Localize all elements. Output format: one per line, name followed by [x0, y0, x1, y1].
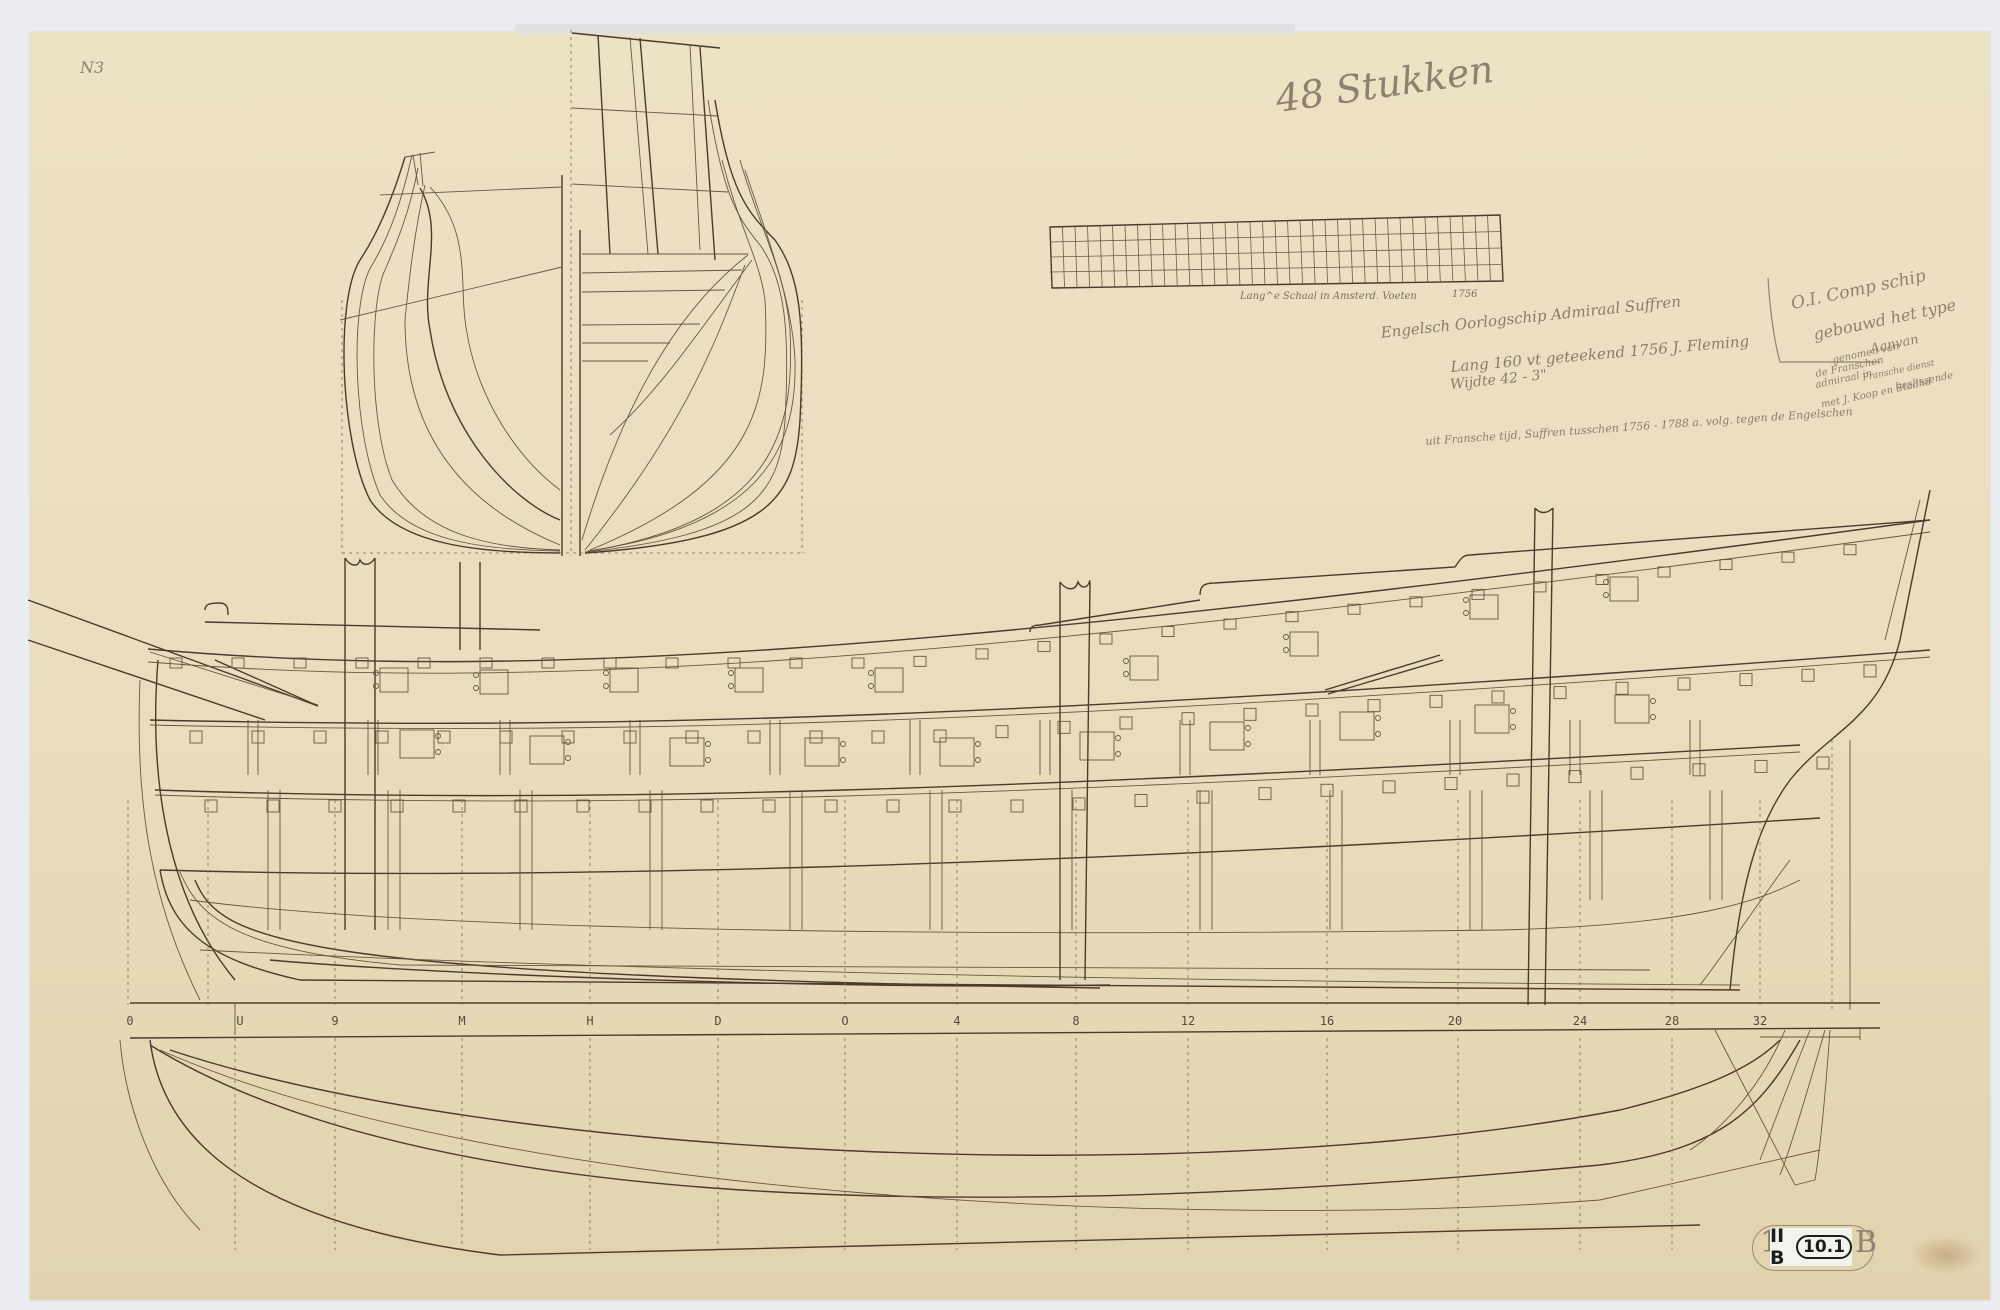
paper-stain	[1910, 1235, 1982, 1275]
station-mark: 32	[1753, 1014, 1767, 1028]
station-mark: H	[586, 1014, 593, 1028]
archive-label: II B 10.1	[1770, 1228, 1852, 1266]
station-mark: 28	[1665, 1014, 1679, 1028]
sheet-number: N3	[80, 58, 104, 77]
pencil-suffix-mark: B	[1855, 1225, 1877, 1260]
scale-bar	[1050, 215, 1503, 288]
scale-year: 1756	[1452, 289, 1477, 300]
archive-label-prefix: II B	[1770, 1225, 1790, 1269]
body-plan	[340, 30, 805, 556]
scale-caption: Lang^e Schaal in Amsterd. Voeten	[1240, 291, 1417, 302]
half-breadth-plan	[120, 1028, 1860, 1255]
station-mark: U	[236, 1014, 243, 1028]
station-mark: M	[458, 1014, 465, 1028]
archive-label-number: 10.1	[1796, 1235, 1852, 1259]
station-mark: 20	[1448, 1014, 1462, 1028]
station-mark: 0	[126, 1014, 133, 1028]
station-mark: 16	[1320, 1014, 1334, 1028]
station-mark: D	[714, 1014, 721, 1028]
station-mark: 8	[1072, 1014, 1079, 1028]
station-mark: 24	[1573, 1014, 1587, 1028]
ship-draught-drawing	[0, 0, 2000, 1310]
station-mark: O	[841, 1014, 848, 1028]
masts	[345, 508, 1553, 1005]
station-mark: 12	[1181, 1014, 1195, 1028]
station-mark: 9	[331, 1014, 338, 1028]
station-mark: 4	[953, 1014, 960, 1028]
sheer-plan	[28, 490, 1930, 1038]
